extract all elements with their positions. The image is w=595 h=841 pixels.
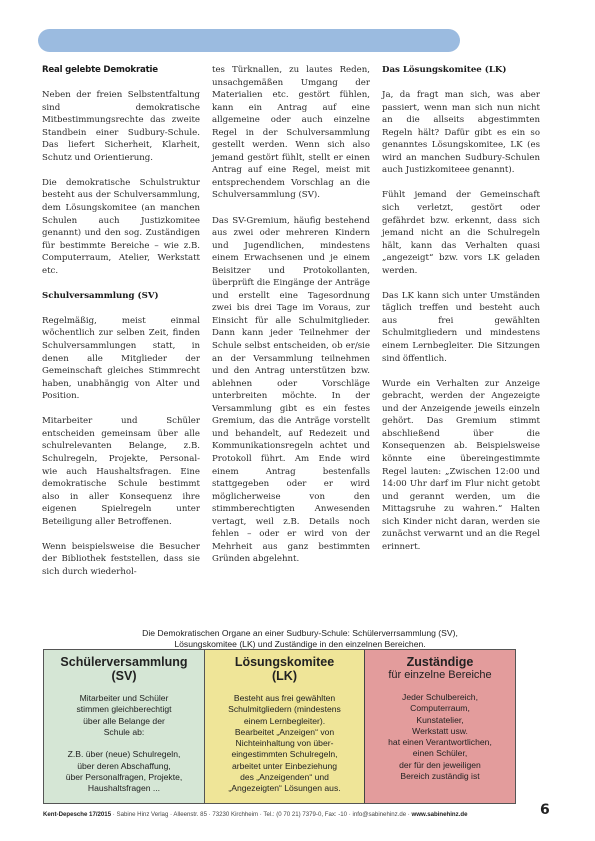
- paragraph: Mitarbeiter und Schüler entscheiden geme…: [42, 415, 200, 528]
- paragraph: Neben der freien Selbstentfaltung sind d…: [42, 89, 200, 164]
- box-title-abbr: (SV): [44, 669, 204, 683]
- text-column-1: Real gelebte Demokratie Neben der freien…: [42, 64, 200, 591]
- box-body: Mitarbeiter und Schüler stimmen gleichbe…: [44, 693, 204, 795]
- publication-name: Kent-Depesche 17/2015: [43, 811, 111, 818]
- box-schuelerversammlung: Schülerversammlung (SV) Mitarbeiter und …: [44, 650, 205, 803]
- box-title-abbr: (LK): [205, 669, 364, 683]
- paragraph: Regelmäßig, meist einmal wöchentlich zur…: [42, 315, 200, 403]
- paragraph: Wurde ein Verhalten zur Anzeige gebracht…: [382, 378, 540, 554]
- caption-line-1: Die Demokratischen Organe an einer Sudbu…: [40, 628, 560, 639]
- paragraph: Wenn beispielsweise die Besucher der Bib…: [42, 541, 200, 579]
- paragraph: Das LK kann sich unter Umständen täglich…: [382, 290, 540, 365]
- box-zustaendige: Zuständige für einzelne Bereiche Jeder S…: [365, 650, 515, 803]
- section-heading-real-gelebte-demokratie: Real gelebte Demokratie: [42, 64, 200, 77]
- paragraph: Ja, da fragt man sich, was aber passiert…: [382, 89, 540, 177]
- text-column-3: Das Lösungskomitee (LK) Ja, da fragt man…: [382, 64, 540, 566]
- box-subtitle: für einzelne Bereiche: [365, 669, 515, 682]
- box-body: Jeder Schulbereich, Computerraum, Kunsta…: [365, 692, 515, 782]
- box-title: Schülerversammlung: [44, 655, 204, 669]
- organs-diagram: Schülerversammlung (SV) Mitarbeiter und …: [43, 649, 516, 804]
- box-title: Lösungskomitee: [205, 655, 364, 669]
- publisher-details: · Sabine Hinz Verlag · Alleenstr. 85 · 7…: [111, 811, 411, 818]
- paragraph: tes Türknallen, zu lautes Reden, unsachg…: [212, 64, 370, 202]
- box-title: Zuständige: [365, 655, 515, 669]
- text-column-2: tes Türknallen, zu lautes Reden, unsachg…: [212, 64, 370, 578]
- caption-line-2: Lösungskomitee (LK) und Zuständige in de…: [40, 639, 560, 650]
- page-footer: Kent-Depesche 17/2015 · Sabine Hinz Verl…: [43, 811, 468, 818]
- header-banner: [38, 29, 460, 52]
- website-link[interactable]: www.sabinehinz.de: [412, 811, 468, 818]
- paragraph: Fühlt jemand der Gemeinschaft sich verle…: [382, 189, 540, 277]
- box-body: Besteht aus frei gewählten Schulmitglied…: [205, 693, 364, 795]
- section-heading-schulversammlung: Schulversammlung (SV): [42, 290, 200, 303]
- paragraph: Das SV-Gremium, häufig bestehend aus zwe…: [212, 215, 370, 566]
- box-loesungskomitee: Lösungskomitee (LK) Besteht aus frei gew…: [205, 650, 365, 803]
- section-heading-loesungskomitee: Das Lösungskomitee (LK): [382, 64, 540, 77]
- page-number: 6: [540, 802, 550, 818]
- paragraph: Die demokratische Schulstruktur besteht …: [42, 177, 200, 277]
- figure-caption: Die Demokratischen Organe an einer Sudbu…: [40, 628, 560, 649]
